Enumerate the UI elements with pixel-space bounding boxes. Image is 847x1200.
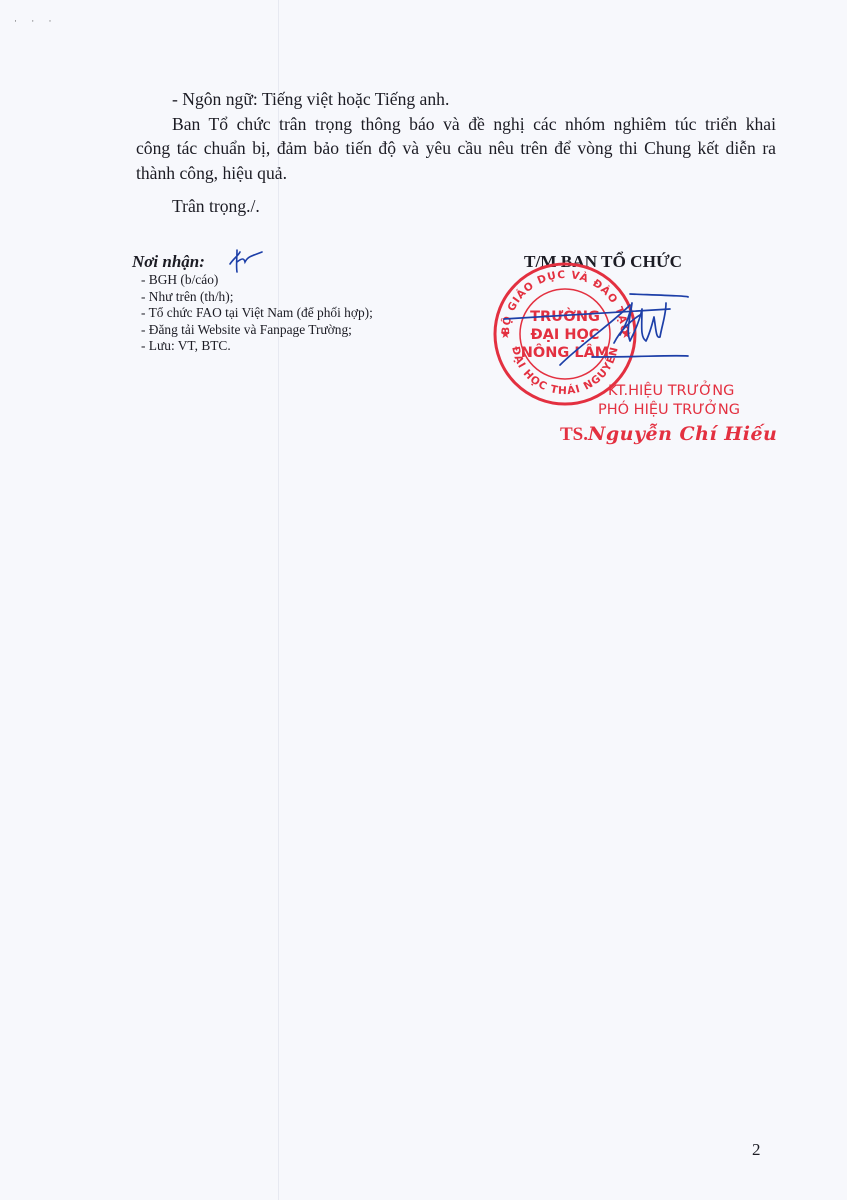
initials-mark-icon [228,248,264,274]
scan-specks: · · · [14,16,58,26]
svg-text:★: ★ [621,327,632,341]
document-body: - Ngôn ngữ: Tiếng việt hoặc Tiếng anh. B… [136,87,776,219]
paragraph-line-2: công tác chuẩn bị, đảm bảo tiến độ và yê… [136,136,776,161]
svg-text:BỘ GIÁO DỤC VÀ ĐÀO TẠO: BỘ GIÁO DỤC VÀ ĐÀO TẠO [500,269,631,335]
recipient-item: - BGH (b/cáo) [132,272,373,289]
position-line-2: PHÓ HIỆU TRƯỞNG [598,402,740,419]
paragraph-line-3: thành công, hiệu quả. [136,161,776,186]
signer-title: TS. [560,424,588,445]
stamp-center-line-2: ĐẠI HỌC [531,327,600,343]
position-line-1: KT.HIỆU TRƯỞNG [608,383,734,400]
stamp-center-line-1: TRƯỜNG [530,307,600,325]
page-number: 2 [752,1140,761,1160]
recipient-item: - Lưu: VT, BTC. [132,338,373,355]
svg-text:★: ★ [500,327,511,341]
closing-text: Trân trọng./. [136,194,776,219]
language-bullet: - Ngôn ngữ: Tiếng việt hoặc Tiếng anh. [136,87,776,112]
stamp-top-text: BỘ GIÁO DỤC VÀ ĐÀO TẠO [500,269,631,335]
recipient-item: - Đăng tải Website và Fanpage Trường; [132,322,373,339]
stamp-center-line-3: NÔNG LÂM [521,343,609,361]
recipient-item: - Tổ chức FAO tại Việt Nam (để phối hợp)… [132,305,373,322]
signer-fullname: Nguyễn Chí Hiếu [588,423,777,445]
recipient-item: - Như trên (th/h); [132,289,373,306]
signature-block: T/M BAN TỔ CHỨC BỘ GIÁO DỤC VÀ ĐÀO TẠO Đ… [480,245,780,465]
paragraph-line-1: Ban Tổ chức trân trọng thông báo và đề n… [136,112,776,137]
signer-name: TS.Nguyễn Chí Hiếu [560,423,777,446]
